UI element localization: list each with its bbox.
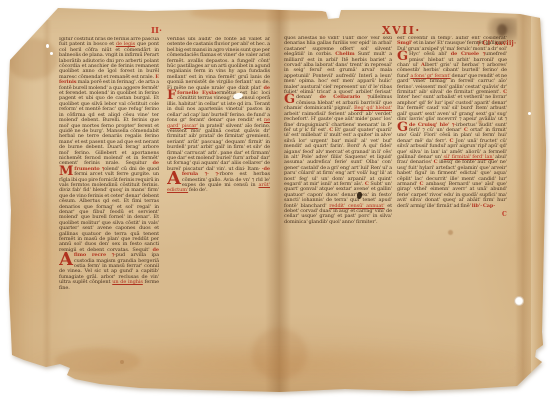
body-text: olend' cū dni de quod fermi arcet vult f… bbox=[59, 166, 159, 253]
body-text: mala porē est in ferinag'. de arta a fon… bbox=[59, 79, 159, 166]
quire-mark: II· bbox=[151, 26, 162, 36]
right-fold-crease bbox=[515, 14, 531, 390]
parchment-hole-right bbox=[514, 296, 524, 306]
left-margin-stain bbox=[10, 118, 46, 263]
rubric-initial: A bbox=[59, 253, 73, 266]
body-text: in pratell' silvent' aīo ferino. veissen… bbox=[167, 123, 270, 172]
body-text: que pont col heril cōfra niūt et cōmendā… bbox=[59, 41, 159, 79]
rubric-initial: G bbox=[397, 52, 408, 62]
red-underlined-text: un de inghis bbox=[112, 279, 143, 285]
top-left-corner-stain bbox=[6, 38, 58, 80]
parchment-pinhole-3 bbox=[528, 112, 531, 115]
body-text: felo de'. bbox=[188, 187, 208, 193]
rubric-initial: G bbox=[284, 95, 295, 105]
parchment-bifolium: II· XVII· ⁊ Cl' xxviij· C Igitur cōstitu… bbox=[0, 0, 550, 402]
body-text: Inter' hec' sunt' arbalist' et vetheril'… bbox=[397, 94, 507, 122]
rubric-initial: F bbox=[167, 91, 176, 101]
left-lower-stain bbox=[8, 198, 63, 310]
text-column-right-1: quos ariestas nō vidit' Tulit' dice' vei… bbox=[284, 36, 392, 324]
text-column-left-2: veribas ubi audit' de fonte ad vallet ar… bbox=[167, 37, 270, 336]
bottom-left-freckles bbox=[55, 348, 140, 374]
text-column-left-1: Igitur cōstituit nras de ferinis arre pa… bbox=[59, 37, 159, 333]
rubric-initial: M bbox=[59, 167, 73, 177]
text-column-right-2: est' cōventil' in temp'. aufid' ent' cōs… bbox=[397, 36, 507, 328]
speck-stain-3 bbox=[120, 360, 124, 364]
parchment-pinhole-2 bbox=[50, 52, 53, 55]
rubric-initial: G bbox=[397, 123, 408, 133]
body-text: veribas ubi audit' de fonte ad vallet ar… bbox=[167, 37, 270, 91]
ink-stain-top-right-core bbox=[497, 24, 507, 36]
rubric-initial: A bbox=[167, 172, 181, 185]
body-text: ermētus est hic loci cōmittit terras vin… bbox=[167, 90, 270, 123]
parchment-pinhole-1 bbox=[46, 44, 49, 48]
rubric-text: lib'· Cap· bbox=[472, 203, 495, 209]
manuscript-photo: II· XVII· ⁊ Cl' xxviij· C Igitur cōstitu… bbox=[0, 0, 550, 402]
body-text: Et' gaud' quater' quaril' ul' est' mille… bbox=[284, 127, 392, 187]
left-page-crease bbox=[42, 20, 52, 370]
right-page-edge bbox=[531, 16, 543, 388]
parchment-shadow-wrapper: II· XVII· ⁊ Cl' xxviij· C Igitur cōstitu… bbox=[0, 0, 550, 402]
